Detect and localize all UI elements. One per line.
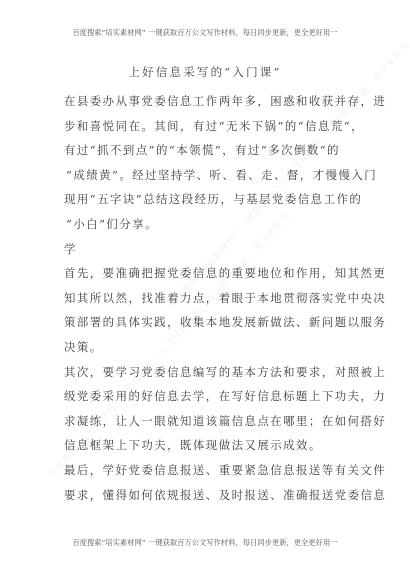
body-line: 策部署的具体实践，收集本地发展新做法、新问题以服务 <box>64 310 354 335</box>
body-line: 决策。 <box>64 335 354 360</box>
body-line: 在县委办从事党委信息工作两年多，困惑和收获并存，进 <box>64 89 354 114</box>
body-line: 首先，要准确把握党委信息的重要地位和作用，知其然更 <box>64 261 354 286</box>
body-line: 现用“五字诀”总结这段经历，与基层党委信息工作的 <box>64 187 354 212</box>
body-line: “成绩黄”。经过坚持学、听、看、走、督，才慢慢入门 <box>66 163 354 188</box>
document-body: 在县委办从事党委信息工作两年多，困惑和收获并存，进 步和喜悦同在。其间，有过“无… <box>64 89 354 507</box>
body-line: 级党委采用的好信息去学，在写好信息标题上下功夫，力 <box>64 384 354 409</box>
body-line: 信息框架上下功夫，既体现做法又展示成效。 <box>64 433 354 458</box>
body-line: 知其所以然，找准着力点，着眼于本地贯彻落实党中央决 <box>64 286 354 311</box>
body-line: 求凝练，让人一眼就知道该篇信息点在哪里；在如何搭好 <box>64 409 354 434</box>
body-line: 要求，懂得如何依规报送、及时报送、准确报送党委信息 <box>64 483 354 508</box>
body-line: 有过“抓不到点”的“本领慌”，有过“多次倒数”的 <box>64 138 354 163</box>
body-line: 最后，学好党委信息报送、重要紧急信息报送等有关文件 <box>64 458 354 483</box>
footer-banner: 百度搜索“培实素材网” 一键获取百万公文写作材料，每日同步更新，更全更好用一 <box>0 538 410 548</box>
body-line: 步和喜悦同在。其间，有过“无米下锅”的“信息荒”， <box>64 114 354 139</box>
document-title: 上好信息采写的“入门课” <box>0 64 410 80</box>
section-heading: 学 <box>64 237 354 262</box>
body-line: “小白”们分享。 <box>66 212 354 237</box>
header-banner: 百度搜索“培实素材网” 一键获取百万公文写作材料，每日同步更新，更全更好用一 <box>0 28 410 38</box>
body-line: 其次，要学习党委信息编写的基本方法和要求，对照被上 <box>64 360 354 385</box>
document-page: 百度搜索“培实素材网” 一键获取百万公文写作材料，每日同步更新，更全更好用一 百… <box>0 0 410 580</box>
